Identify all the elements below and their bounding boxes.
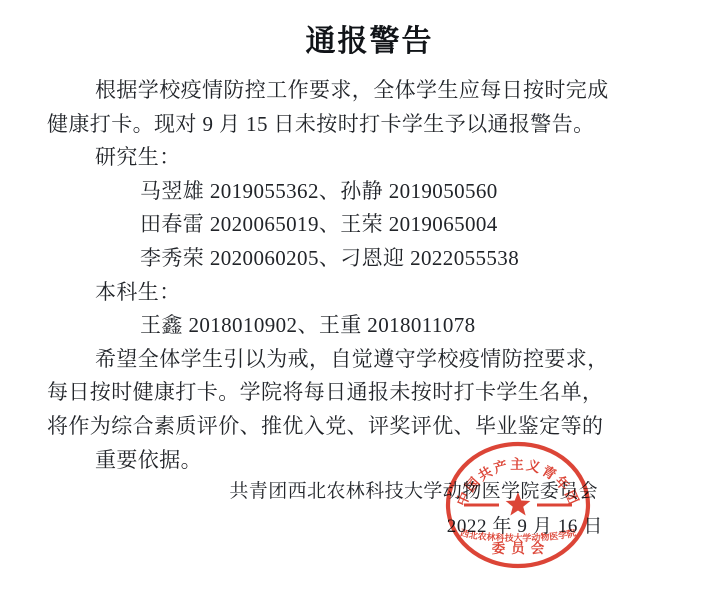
document-line-student-names: 马翌雄 2019055362、孙静 2019050560 — [47, 175, 647, 209]
document-line-student-names: 田春雷 2020065019、王荣 2019065004 — [47, 208, 647, 242]
notice-document: 通报警告 根据学校疫情防控工作要求，全体学生应每日按时完成 健康打卡。现对 9 … — [0, 0, 711, 607]
official-seal-stamp: 中国共产主义青年团 西北农林科技大学动物医学院 委员会 — [444, 441, 592, 571]
document-line: 将作为综合素质评价、推优入党、评奖评优、毕业鉴定等的 — [47, 410, 647, 444]
document-line: 希望全体学生引以为戒，自觉遵守学校疫情防控要求， — [47, 343, 647, 377]
document-title: 通报警告 — [14, 26, 711, 58]
document-line-student-names: 李秀荣 2020060205、刁恩迎 2022055538 — [47, 242, 647, 276]
document-line: 根据学校疫情防控工作要求，全体学生应每日按时完成 — [47, 74, 647, 108]
document-line-graduate-label: 研究生： — [47, 141, 647, 175]
seal-content: 中国共产主义青年团 西北农林科技大学动物医学院 委员会 — [453, 456, 583, 556]
document-body: 根据学校疫情防控工作要求，全体学生应每日按时完成 健康打卡。现对 9 月 15 … — [47, 74, 647, 477]
document-line-undergrad-label: 本科生： — [47, 276, 647, 310]
document-line-student-names: 王鑫 2018010902、王重 2018011078 — [47, 309, 647, 343]
document-line: 健康打卡。现对 9 月 15 日未按时打卡学生予以通报警告。 — [47, 108, 647, 142]
seal-committee-text: 委员会 — [492, 540, 551, 556]
document-line: 每日按时健康打卡。学院将每日通报未按时打卡学生名单， — [47, 376, 647, 410]
red-star-icon — [506, 492, 531, 516]
